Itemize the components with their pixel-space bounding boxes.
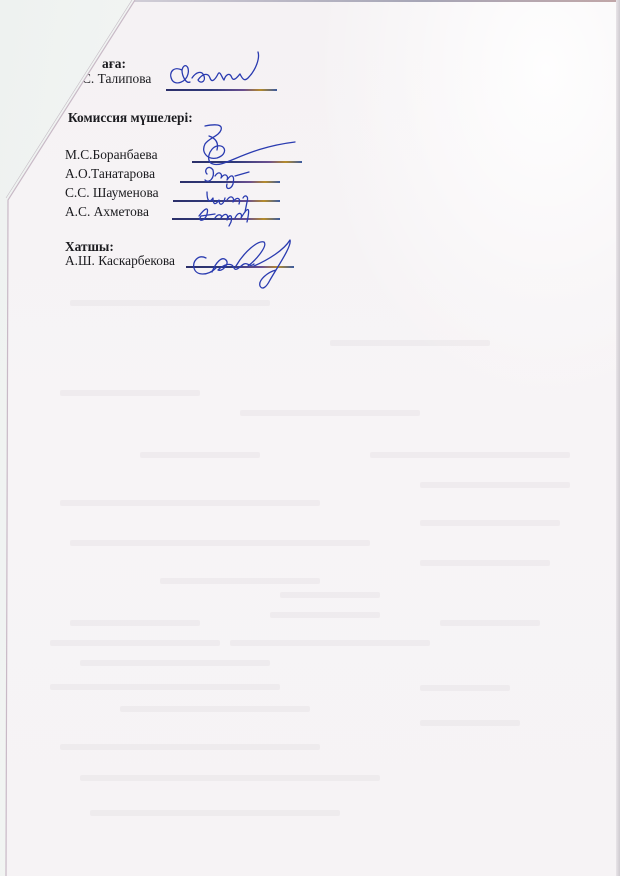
chair-heading: аға: bbox=[102, 56, 126, 72]
secretary-signature bbox=[188, 236, 298, 292]
member-signature-line bbox=[192, 161, 302, 163]
secretary-name: А.Ш. Каскарбекова bbox=[65, 253, 175, 269]
member-name: М.С.Боранбаева bbox=[65, 147, 158, 163]
members-signatures bbox=[185, 118, 315, 228]
secretary-signature-line bbox=[186, 266, 294, 268]
chair-name: С. Талипова bbox=[82, 71, 151, 87]
member-signature-line bbox=[173, 200, 280, 202]
member-signature-line bbox=[180, 181, 280, 183]
member-name: А.О.Танатарова bbox=[65, 166, 155, 182]
chair-signature-line bbox=[166, 89, 277, 91]
members-heading: Комиссия мүшелері: bbox=[68, 110, 193, 126]
document-body: аға: С. Талипова Комиссия мүшелері: М.С.… bbox=[0, 0, 620, 876]
member-signature-line bbox=[172, 218, 280, 220]
member-name: С.С. Шауменова bbox=[65, 185, 159, 201]
chair-signature bbox=[160, 48, 290, 94]
scanned-page: аға: С. Талипова Комиссия мүшелері: М.С.… bbox=[0, 0, 620, 876]
member-name: А.С. Ахметова bbox=[65, 204, 149, 220]
